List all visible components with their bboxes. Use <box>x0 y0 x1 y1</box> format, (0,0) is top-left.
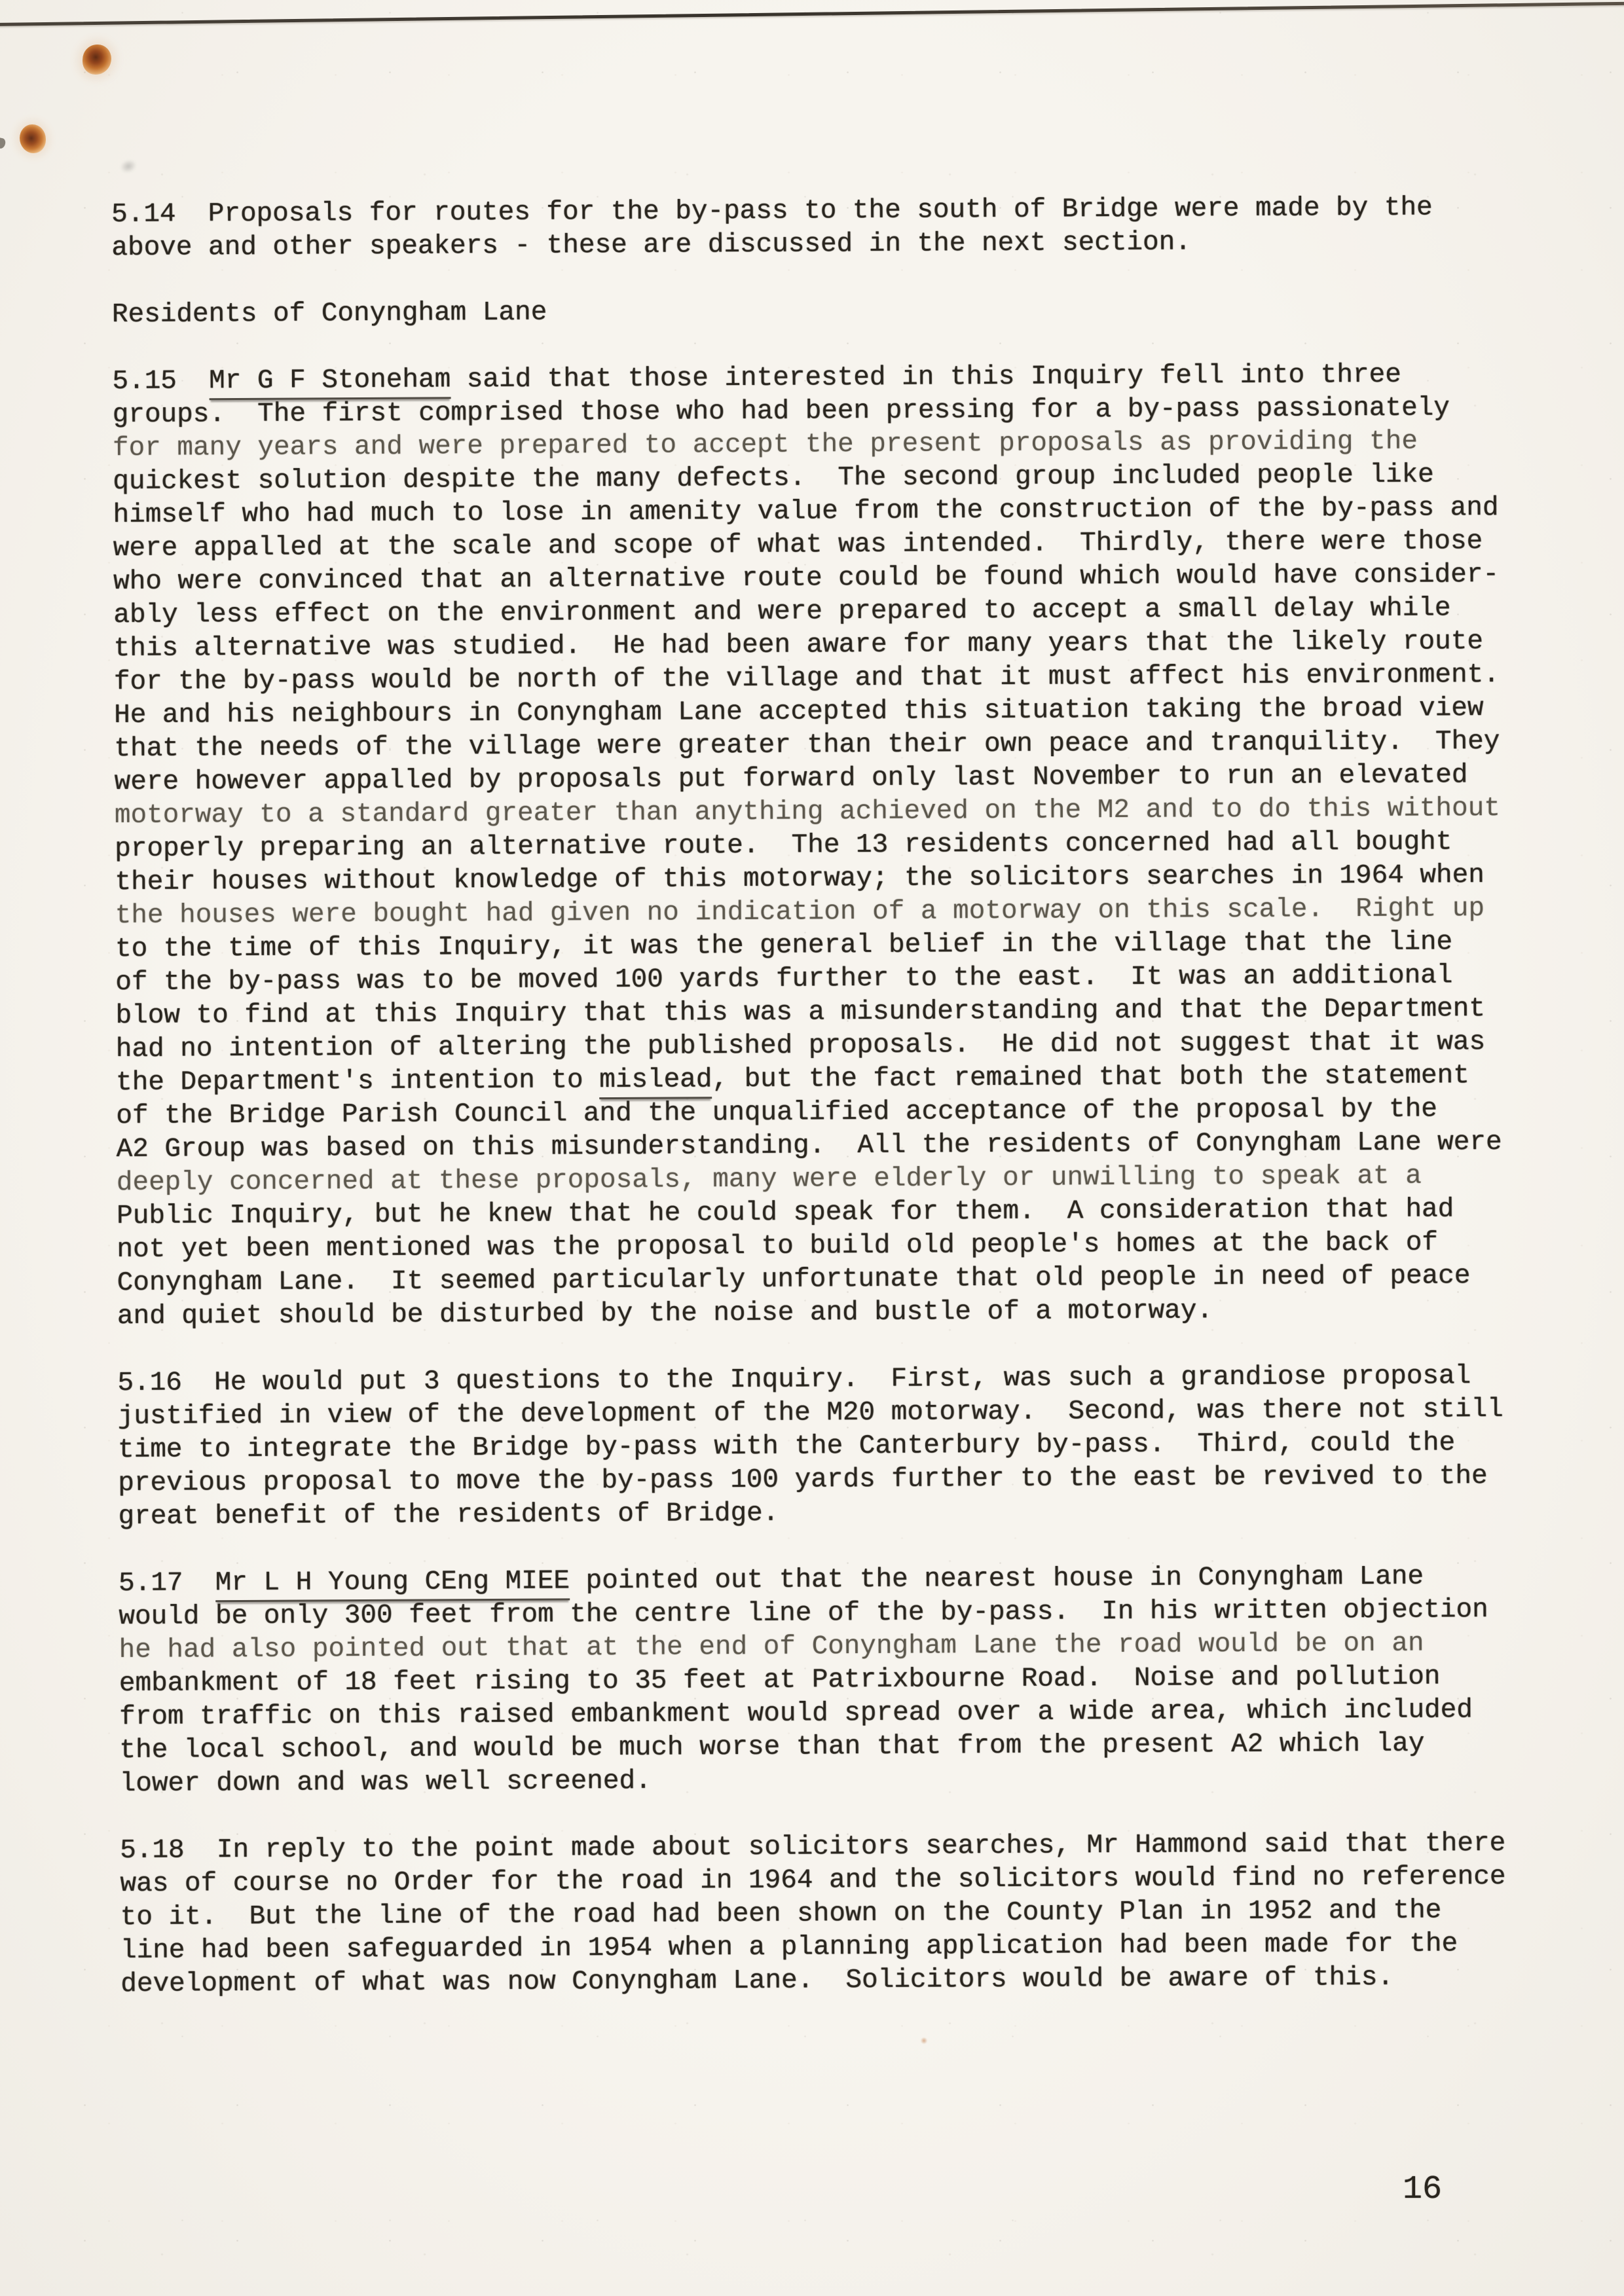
underlined-text: mislead <box>599 1065 712 1099</box>
text-line: lower down and was well screened. <box>120 1760 1547 1801</box>
text-line: development of what was now Conyngham La… <box>120 1961 1548 2001</box>
underlined-text: Mr G F Stoneham <box>209 365 451 400</box>
text-block: 5.14 Proposals for routes for the by-pas… <box>111 191 1548 2001</box>
paragraph-5-15: 5.15 Mr G F Stoneham said that those int… <box>112 358 1545 1334</box>
page-number: 16 <box>1403 2172 1442 2208</box>
text-line: and quiet should be disturbed by the noi… <box>117 1293 1545 1334</box>
pencil-smudge <box>118 157 138 175</box>
paragraph-5-14: 5.14 Proposals for routes for the by-pas… <box>111 191 1540 265</box>
scan-top-edge-line <box>0 1 1624 26</box>
text-line: great benefit of the residents of Bridge… <box>118 1493 1545 1534</box>
paragraph-5-16: 5.16 He would put 3 questions to the Inq… <box>117 1360 1545 1534</box>
underlined-text: Mr L H Young CEng MIEE <box>215 1566 570 1602</box>
paragraph-5-18: 5.18 In reply to the point made about so… <box>120 1827 1548 2001</box>
edge-speck <box>0 137 7 149</box>
paragraph-5-17: 5.17 Mr L H Young CEng MIEE pointed out … <box>119 1560 1547 1801</box>
text-line: Residents of Conyngham Lane <box>112 291 1540 332</box>
rust-stain-icon <box>83 45 111 75</box>
small-stain <box>921 2037 927 2044</box>
heading-residents-of-conyngham-lane: Residents of Conyngham Lane <box>112 291 1540 332</box>
scan-page: { "page": { "number": "16", "paper_color… <box>0 0 1624 2296</box>
rust-stain-icon <box>20 124 46 153</box>
text-line: above and other speakers - these are dis… <box>111 225 1539 265</box>
